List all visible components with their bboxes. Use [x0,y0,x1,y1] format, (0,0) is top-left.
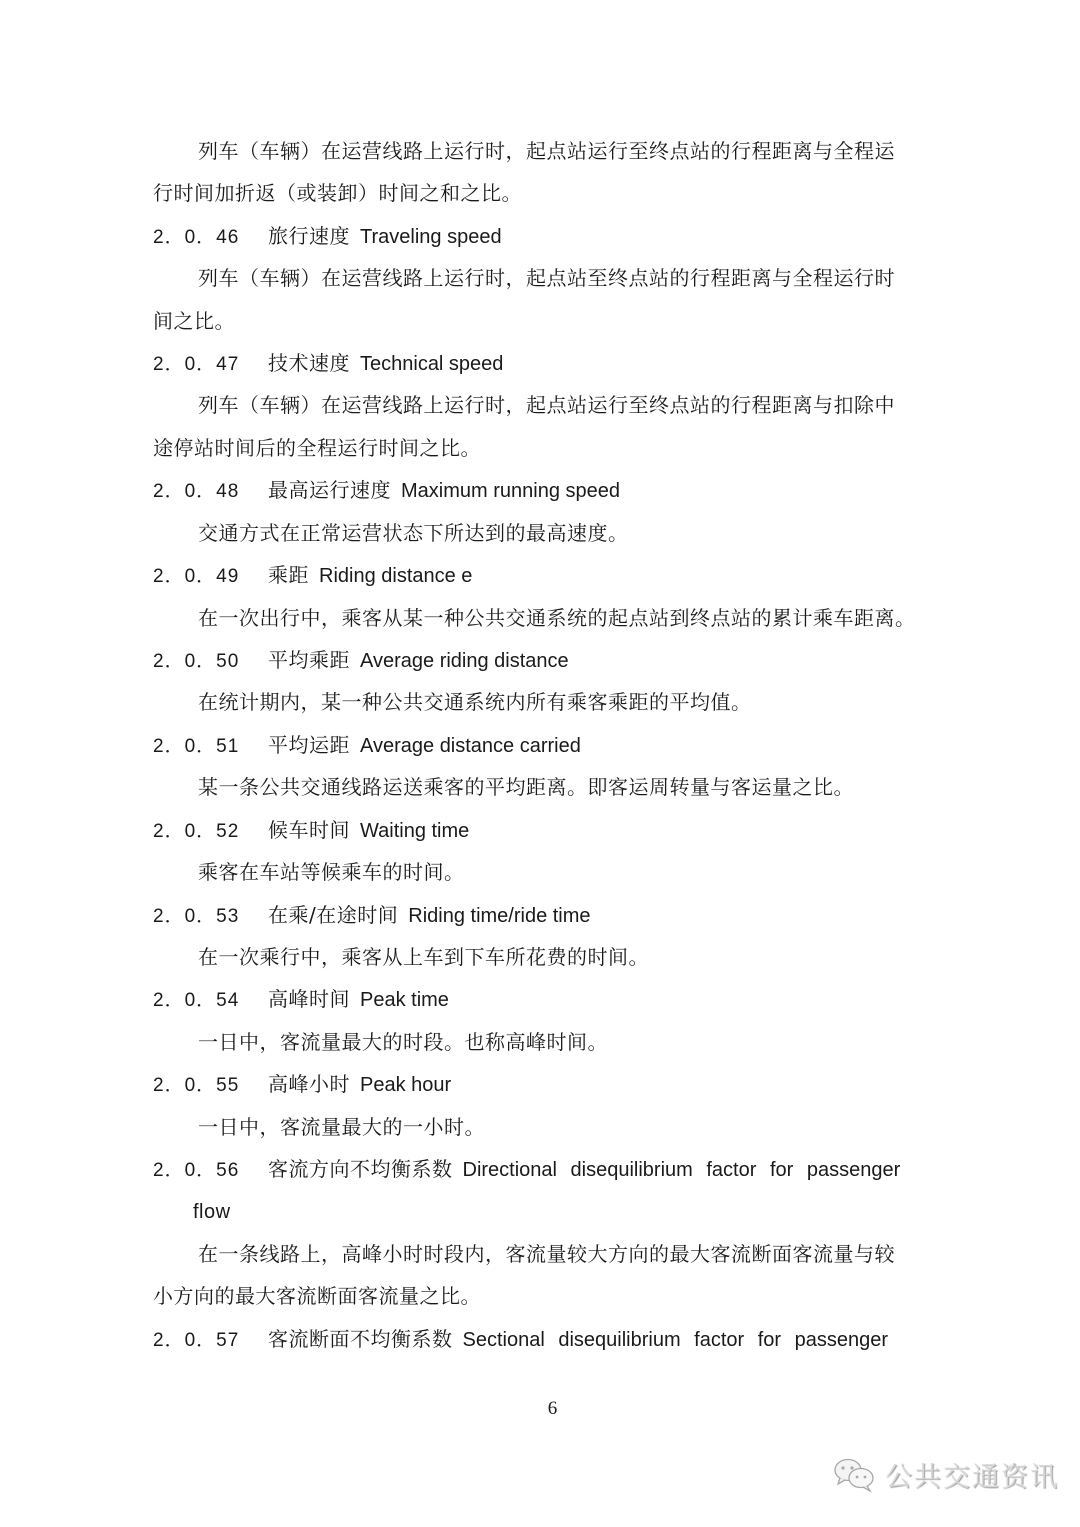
definition-line: 在一次出行中，乘客从某一种公共交通系统的起点站到终点站的累计乘车距离。 [198,606,916,630]
term-english: Average riding distance [360,649,569,673]
definition-line: 列车（车辆）在运营线路上运行时，起点站至终点站的行程距离与全程运行时 [198,266,895,290]
term-heading: 2．0．47 技术速度 Technical speed [153,351,503,377]
term-number: 2．0．47 [153,353,268,377]
term-english: Riding time/ride time [408,904,590,928]
definition-line: 在一次乘行中，乘客从上车到下车所花费的时间。 [198,945,649,969]
term-chinese: 高峰时间 [268,987,350,1011]
term-chinese: 客流方向不均衡系数 [268,1157,453,1181]
term-english: Peak time [360,988,449,1012]
term-heading: 2．0．52 候车时间 Waiting time [153,818,469,844]
term-english: Maximum running speed [401,479,620,503]
term-number: 2．0．56 [153,1159,268,1183]
term-chinese: 平均运距 [268,733,350,757]
term-heading: 2．0．56 客流方向不均衡系数 Directional disequilibr… [153,1157,900,1183]
term-number: 2．0．49 [153,565,268,589]
term-heading: 2．0．50 平均乘距 Average riding distance [153,648,569,674]
paragraph-line: 行时间加折返（或装卸）时间之和之比。 [153,181,522,205]
definition-line: 一日中，客流量最大的一小时。 [198,1115,485,1139]
term-chinese: 高峰小时 [268,1072,350,1096]
term-number: 2．0．57 [153,1329,268,1353]
definition-line: 某一条公共交通线路运送乘客的平均距离。即客运周转量与客运量之比。 [198,775,854,799]
wechat-icon [833,1457,877,1493]
term-heading: 2．0．54 高峰时间 Peak time [153,987,449,1013]
term-english: Sectional disequilibrium factor for pass… [463,1328,889,1352]
term-chinese: 技术速度 [268,351,350,375]
term-chinese: 在乘/在途时间 [268,903,398,927]
term-english: Directional disequilibrium factor for pa… [463,1158,901,1182]
term-heading: 2．0．53 在乘/在途时间 Riding time/ride time [153,903,591,929]
definition-line: 乘客在车站等候乘车的时间。 [198,860,465,884]
term-english: Average distance carried [360,734,581,758]
term-chinese: 旅行速度 [268,224,350,248]
term-number: 2．0．52 [153,820,268,844]
definition-line: 间之比。 [153,309,235,333]
term-english: Peak hour [360,1073,451,1097]
term-english-continuation: flow [193,1200,231,1224]
term-heading: 2．0．48 最高运行速度 Maximum running speed [153,478,620,504]
definition-line: 小方向的最大客流断面客流量之比。 [153,1284,481,1308]
term-chinese: 客流断面不均衡系数 [268,1327,453,1351]
term-chinese: 乘距 [268,563,309,587]
term-number: 2．0．55 [153,1074,268,1098]
definition-line: 在统计期内，某一种公共交通系统内所有乘客乘距的平均值。 [198,690,752,714]
term-heading: 2．0．49 乘距 Riding distance e [153,563,472,589]
definition-line: 在一条线路上，高峰小时时段内，客流量较大方向的最大客流断面客流量与较 [198,1242,895,1266]
term-english: Riding distance e [319,564,472,588]
term-number: 2．0．46 [153,226,268,250]
definition-line: 一日中，客流量最大的时段。也称高峰时间。 [198,1030,608,1054]
term-number: 2．0．54 [153,989,268,1013]
definition-line: 列车（车辆）在运营线路上运行时，起点站运行至终点站的行程距离与扣除中 [198,393,895,417]
term-english: Traveling speed [360,225,502,249]
definition-line: 交通方式在正常运营状态下所达到的最高速度。 [198,521,629,545]
document-page: 列车（车辆）在运营线路上运行时，起点站运行至终点站的行程距离与全程运 行时间加折… [0,0,1080,1527]
term-chinese: 候车时间 [268,818,350,842]
term-number: 2．0．50 [153,650,268,674]
term-chinese: 最高运行速度 [268,478,391,502]
watermark: 公共交通资讯 [833,1455,1059,1494]
term-heading: 2．0．55 高峰小时 Peak hour [153,1072,451,1098]
definition-line: 途停站时间后的全程运行时间之比。 [153,436,481,460]
term-english: Waiting time [360,819,469,843]
term-number: 2．0．53 [153,905,268,929]
page-number: 6 [0,1398,1080,1420]
term-heading: 2．0．57 客流断面不均衡系数 Sectional disequilibriu… [153,1327,888,1353]
term-number: 2．0．51 [153,735,268,759]
term-chinese: 平均乘距 [268,648,350,672]
watermark-text: 公共交通资讯 [885,1455,1059,1494]
term-english: Technical speed [360,352,503,376]
paragraph-line: 列车（车辆）在运营线路上运行时，起点站运行至终点站的行程距离与全程运 [198,139,895,163]
term-number: 2．0．48 [153,480,268,504]
term-heading: 2．0．46 旅行速度 Traveling speed [153,224,502,250]
term-heading: 2．0．51 平均运距 Average distance carried [153,733,581,759]
